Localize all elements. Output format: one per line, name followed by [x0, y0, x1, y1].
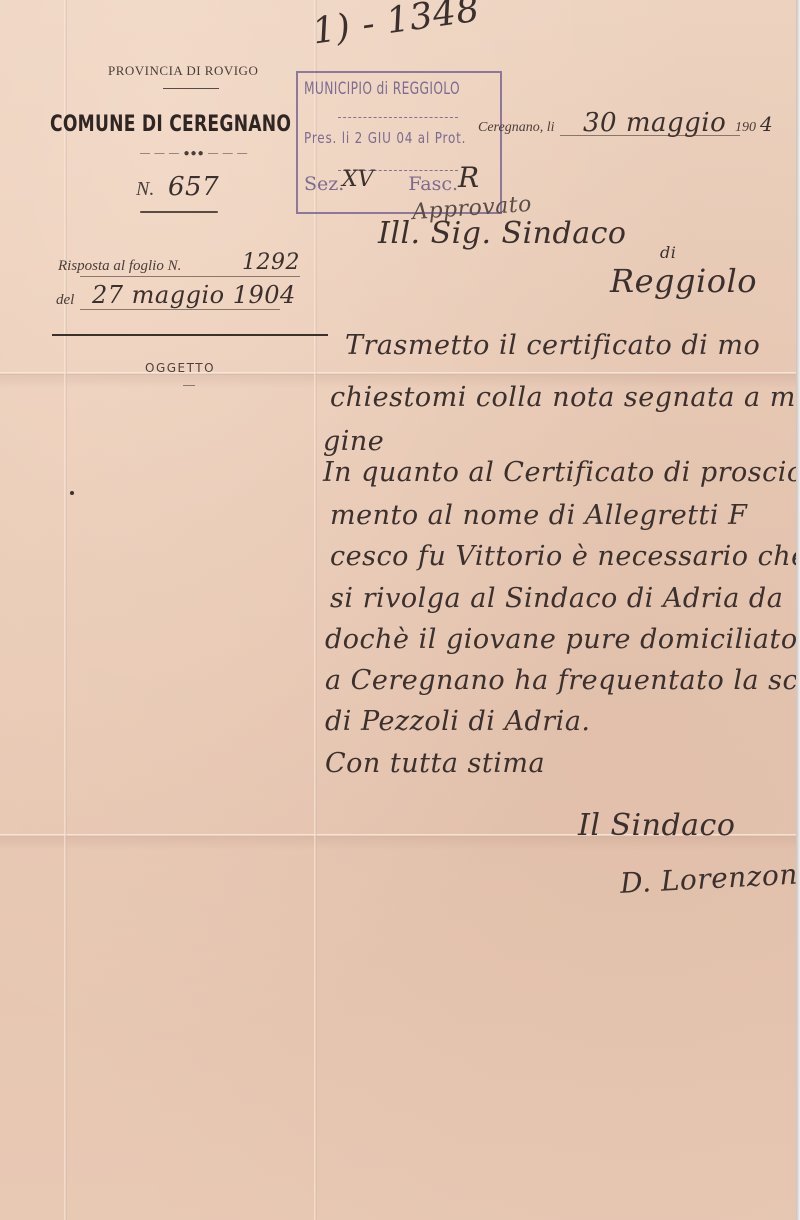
- place-printed: Ceregnano, li: [478, 120, 554, 136]
- body-line: Con tutta stima: [325, 748, 545, 779]
- provincia-heading: PROVINCIA DI ROVIGO: [108, 63, 258, 79]
- numero-value: 657: [168, 172, 219, 202]
- document-paper: 1) - 1348 PROVINCIA DI ROVIGO COMUNE DI …: [0, 0, 796, 1220]
- body-line: In quanto al Certificato di prosciog-: [323, 457, 800, 488]
- form-line: [560, 135, 740, 136]
- body-line: chiestomi colla nota segnata a mar: [330, 382, 800, 413]
- body-line: a Ceregnano ha frequentato la scuo: [325, 665, 800, 696]
- risposta-label: Risposta al foglio N.: [58, 258, 181, 275]
- vertical-fold-line: [64, 0, 67, 1220]
- stamp-ornament: [338, 117, 458, 119]
- form-line: [80, 309, 280, 310]
- body-line: si rivolga al Sindaco di Adria da: [330, 583, 783, 614]
- body-line: Trasmetto il certificato di mo: [345, 330, 760, 361]
- stamp-sez-row: Sez. Fasc.: [304, 173, 458, 195]
- body-line: mento al nome di Allegretti F: [330, 500, 747, 531]
- form-line: [80, 276, 300, 277]
- numero-label: N.: [136, 178, 154, 201]
- section-rule: [52, 334, 328, 336]
- reception-stamp: MUNICIPIO di REGGIOLO Pres. li 2 GIU 04 …: [296, 71, 502, 214]
- body-line: dochè il giovane pure domiciliato: [325, 624, 798, 655]
- ornament-divider: — — — ●●● — — —: [140, 148, 248, 159]
- date-day-month: 30 maggio: [583, 108, 726, 138]
- body-line: cesco fu Vittorio è necessario che Ell: [330, 541, 800, 572]
- horizontal-fold-line: [0, 372, 796, 375]
- body-line: di Pezzoli di Adria.: [325, 706, 591, 737]
- protocol-annotation: 1) - 1348: [310, 0, 482, 52]
- body-line: gine: [323, 426, 384, 457]
- stamp-received-date: Pres. li 2 GIU 04 al Prot.: [304, 129, 466, 147]
- signature-name: D. Lorenzoni: [619, 857, 800, 900]
- year-hand: 4: [760, 112, 773, 136]
- del-date: 27 maggio 1904: [92, 281, 296, 309]
- divider: [140, 211, 218, 213]
- addressee-line2: di: [660, 243, 676, 262]
- ink-spot: [70, 491, 74, 495]
- divider: [183, 385, 195, 386]
- addressee-line3: Reggiolo: [610, 262, 757, 300]
- risposta-numero: 1292: [242, 250, 300, 275]
- stamp-title: MUNICIPIO di REGGIOLO: [304, 79, 460, 99]
- comune-heading: COMUNE DI CEREGNANO: [50, 112, 291, 137]
- stamp-fasc-value: R: [458, 161, 479, 194]
- stamp-sez-value: XV: [342, 167, 374, 192]
- addressee-line1: Ill. Sig. Sindaco: [378, 216, 626, 251]
- year-printed: 190: [735, 120, 756, 136]
- stamp-fasc-label: Fasc.: [408, 173, 458, 195]
- signature-title: Il Sindaco: [578, 808, 735, 843]
- stamp-sez-label: Sez.: [304, 173, 344, 195]
- scan-edge: [796, 0, 800, 1220]
- del-label: del: [56, 292, 74, 309]
- divider: [163, 88, 219, 89]
- oggetto-label: OGGETTO: [145, 361, 215, 375]
